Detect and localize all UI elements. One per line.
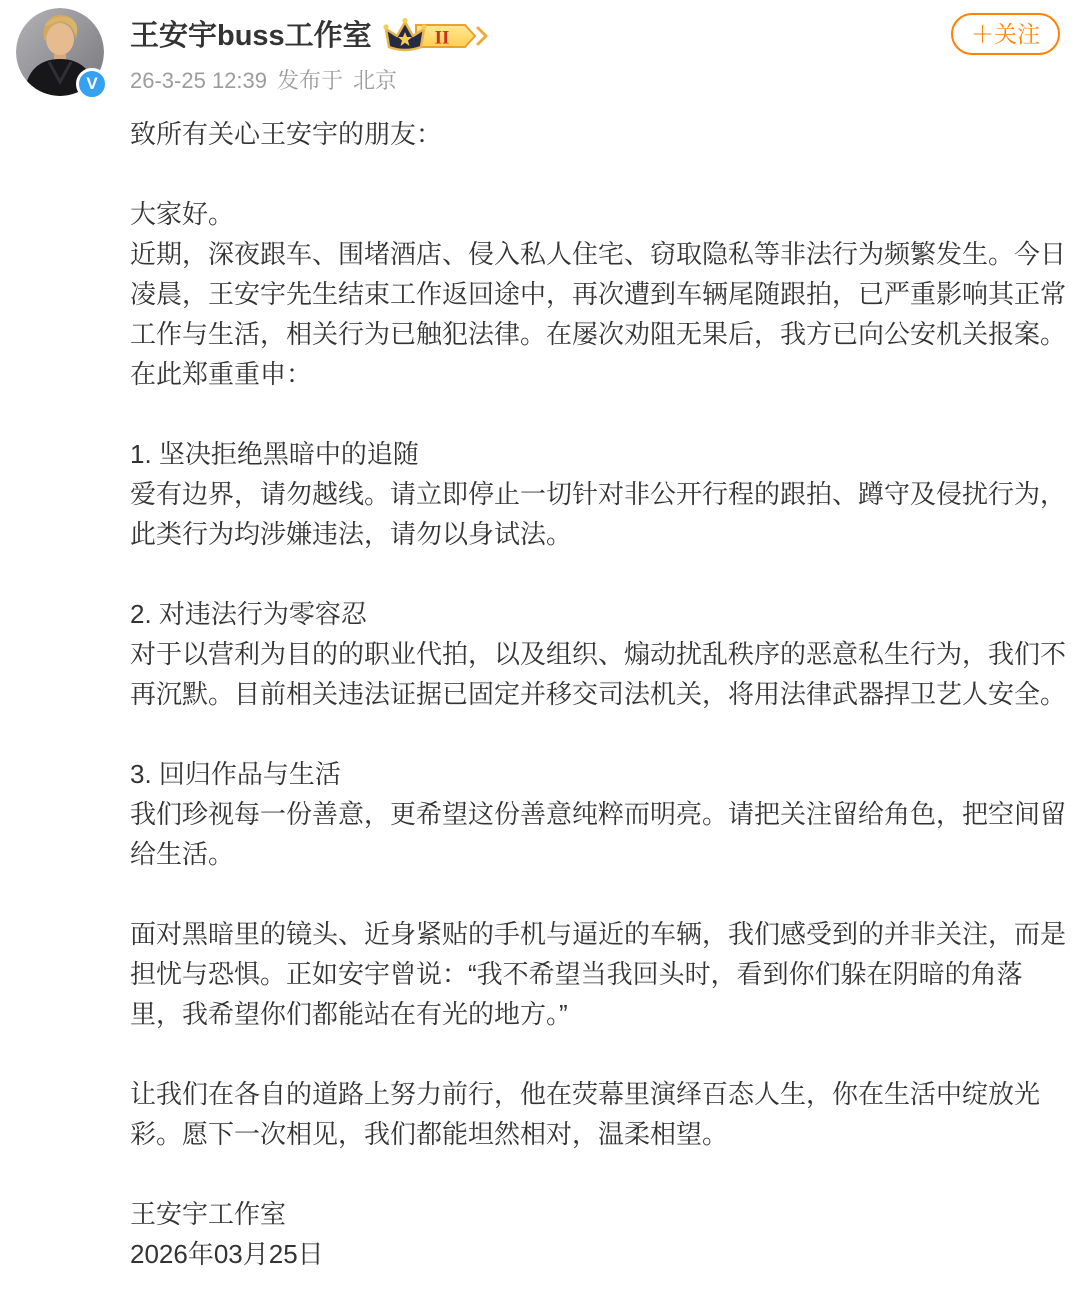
post-text: 致所有关心王安宇的朋友： 大家好。 近期，深夜跟车、围堵酒店、侵入私人住宅、窃取… [130,114,1072,1274]
post-header: V 王安宇buss工作室 II [0,0,1080,100]
location-link[interactable]: 北京 [353,68,397,93]
header-main: 王安宇buss工作室 II [130,8,1060,95]
verified-v-icon: V [76,68,108,100]
vip-level-text: II [434,28,449,49]
follow-button[interactable]: ＋关注 [951,13,1060,55]
post-meta: 26-3-25 12:39发布于北京 [130,64,1060,95]
vip-badge[interactable]: II [382,16,494,56]
timestamp: 26-3-25 12:39 [130,68,267,93]
vip-level-banner: II [416,25,486,49]
username[interactable]: 王安宇buss工作室 [130,19,372,53]
chevron-right-icon [478,28,486,44]
publish-prefix: 发布于 [277,68,343,93]
crown-icon [383,18,426,50]
avatar[interactable]: V [16,8,104,96]
